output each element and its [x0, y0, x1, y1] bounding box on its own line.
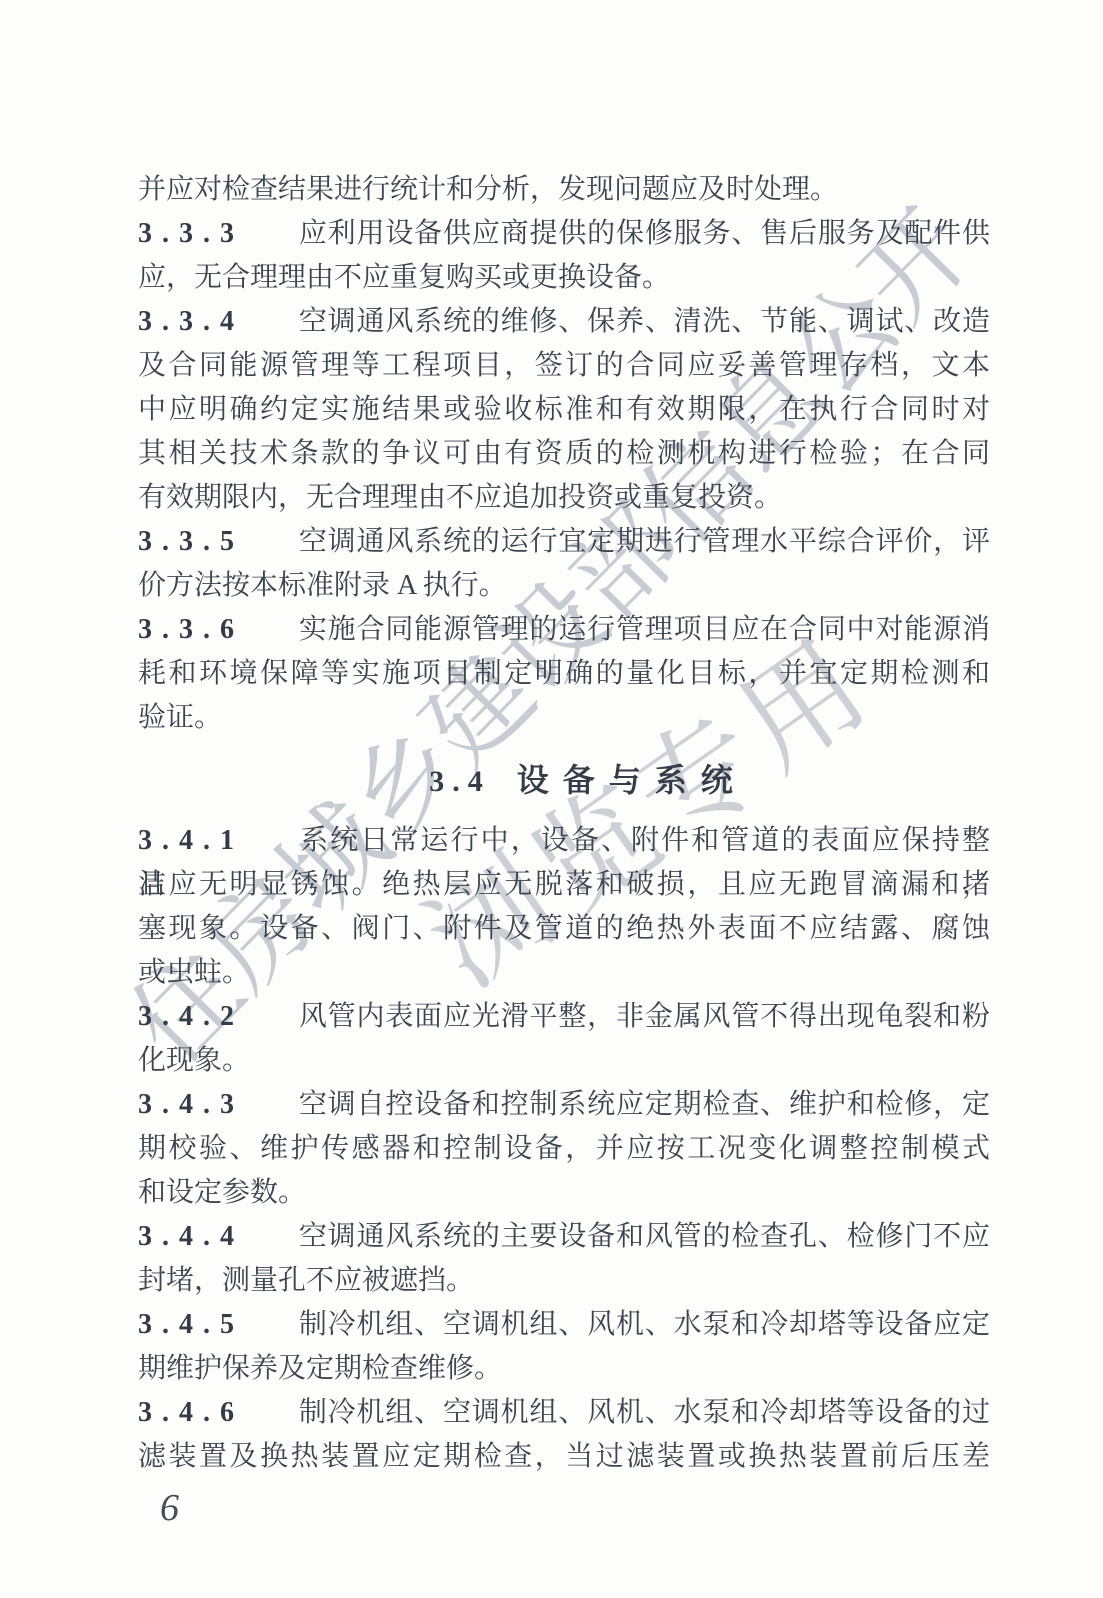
line-text: 期维护保养及定期检查维修。	[138, 1353, 502, 1384]
text-line: 化现象。	[138, 1039, 990, 1083]
line-text: 空调通风系统的主要设备和风管的检查孔、检修门不应	[298, 1221, 990, 1252]
line-text: 有效期限内，无合理理由不应追加投资或重复投资。	[138, 482, 782, 513]
page-content: 并应对检查结果进行统计和分析，发现问题应及时处理。 3.3.3应利用设备供应商提…	[138, 168, 990, 1479]
line-text: 其相关技术条款的争议可由有资质的检测机构进行检验；在合同	[138, 438, 990, 469]
line-text: 制冷机组、空调机组、风机、水泵和冷却塔等设备应定	[298, 1309, 990, 1340]
line-text: 耗和环境保障等实施项目制定明确的量化目标，并宜定期检测和	[138, 658, 990, 689]
line-text: 化现象。	[138, 1045, 250, 1076]
line-text: 塞现象。设备、阀门、附件及管道的绝热外表面不应结露、腐蚀	[138, 913, 990, 944]
section-heading: 3.4设备与系统	[138, 758, 990, 802]
section-title: 设备与系统	[517, 762, 747, 798]
text-line: 和设定参数。	[138, 1171, 990, 1215]
clause-number: 3.4.4	[138, 1221, 244, 1252]
line-text: 应利用设备供应商提供的保修服务、售后服务及配件供	[298, 218, 990, 249]
clause-number: 3.3.6	[138, 614, 244, 645]
text-line: 中应明确约定实施结果或验收标准和有效期限，在执行合同时对	[138, 388, 990, 432]
line-text: 或虫蛀。	[138, 957, 250, 988]
text-line: 3.4.3空调自控设备和控制系统应定期检查、维护和检修，定	[138, 1083, 990, 1127]
line-text: 空调通风系统的运行宜定期进行管理水平综合评价，评	[298, 526, 990, 557]
text-line: 3.4.6制冷机组、空调机组、风机、水泵和冷却塔等设备的过	[138, 1391, 990, 1435]
text-line: 3.3.3应利用设备供应商提供的保修服务、售后服务及配件供	[138, 212, 990, 256]
text-line: 且应无明显锈蚀。绝热层应无脱落和破损，且应无跑冒滴漏和堵	[138, 863, 990, 907]
line-text: 封堵，测量孔不应被遮挡。	[138, 1265, 474, 1296]
text-line: 3.3.5空调通风系统的运行宜定期进行管理水平综合评价，评	[138, 520, 990, 564]
text-line: 3.4.1系统日常运行中，设备、附件和管道的表面应保持整洁，	[138, 819, 990, 863]
line-text: 应，无合理理由不应重复购买或更换设备。	[138, 262, 670, 293]
clause-number: 3.4.1	[138, 825, 244, 856]
text-line: 3.3.4空调通风系统的维修、保养、清洗、节能、调试、改造	[138, 300, 990, 344]
line-text: 价方法按本标准附录 A 执行。	[138, 570, 507, 601]
clause-number: 3.3.4	[138, 306, 244, 337]
line-text: 并应对检查结果进行统计和分析，发现问题应及时处理。	[138, 174, 838, 205]
text-line: 其相关技术条款的争议可由有资质的检测机构进行检验；在合同	[138, 432, 990, 476]
line-text: 验证。	[138, 702, 222, 733]
text-line: 耗和环境保障等实施项目制定明确的量化目标，并宜定期检测和	[138, 652, 990, 696]
clause-number: 3.4.3	[138, 1089, 244, 1120]
line-text: 实施合同能源管理的运行管理项目应在合同中对能源消	[298, 614, 990, 645]
text-line: 3.4.4空调通风系统的主要设备和风管的检查孔、检修门不应	[138, 1215, 990, 1259]
line-text: 期校验、维护传感器和控制设备，并应按工况变化调整控制模式	[138, 1133, 990, 1164]
line-text: 及合同能源管理等工程项目，签订的合同应妥善管理存档，文本	[138, 350, 990, 381]
line-text: 风管内表面应光滑平整，非金属风管不得出现龟裂和粉	[298, 1001, 990, 1032]
page-number: 6	[160, 1486, 179, 1530]
text-line: 期维护保养及定期检查维修。	[138, 1347, 990, 1391]
text-line: 期校验、维护传感器和控制设备，并应按工况变化调整控制模式	[138, 1127, 990, 1171]
text-line: 塞现象。设备、阀门、附件及管道的绝热外表面不应结露、腐蚀	[138, 907, 990, 951]
clause-number: 3.4.5	[138, 1309, 244, 1340]
text-line: 价方法按本标准附录 A 执行。	[138, 564, 990, 608]
clause-number: 3.3.3	[138, 218, 244, 249]
text-line: 验证。	[138, 696, 990, 740]
text-line: 封堵，测量孔不应被遮挡。	[138, 1259, 990, 1303]
text-line: 3.4.2风管内表面应光滑平整，非金属风管不得出现龟裂和粉	[138, 995, 990, 1039]
text-line: 3.4.5制冷机组、空调机组、风机、水泵和冷却塔等设备应定	[138, 1303, 990, 1347]
line-text: 空调自控设备和控制系统应定期检查、维护和检修，定	[298, 1089, 990, 1120]
text-line: 滤装置及换热装置应定期检查，当过滤装置或换热装置前后压差	[138, 1435, 990, 1479]
line-text: 和设定参数。	[138, 1177, 306, 1208]
line-text: 制冷机组、空调机组、风机、水泵和冷却塔等设备的过	[298, 1397, 990, 1428]
text-line: 并应对检查结果进行统计和分析，发现问题应及时处理。	[138, 168, 990, 212]
text-line: 及合同能源管理等工程项目，签订的合同应妥善管理存档，文本	[138, 344, 990, 388]
text-line: 3.3.6实施合同能源管理的运行管理项目应在合同中对能源消	[138, 608, 990, 652]
line-text: 空调通风系统的维修、保养、清洗、节能、调试、改造	[298, 306, 990, 337]
line-text: 中应明确约定实施结果或验收标准和有效期限，在执行合同时对	[138, 394, 990, 425]
clause-number: 3.3.5	[138, 526, 244, 557]
text-line: 应，无合理理由不应重复购买或更换设备。	[138, 256, 990, 300]
section-number: 3.4	[429, 765, 491, 798]
text-line: 或虫蛀。	[138, 951, 990, 995]
text-line: 有效期限内，无合理理由不应追加投资或重复投资。	[138, 476, 990, 520]
line-text: 滤装置及换热装置应定期检查，当过滤装置或换热装置前后压差	[138, 1441, 990, 1472]
clause-number: 3.4.2	[138, 1001, 244, 1032]
clause-number: 3.4.6	[138, 1397, 244, 1428]
line-text: 且应无明显锈蚀。绝热层应无脱落和破损，且应无跑冒滴漏和堵	[138, 869, 990, 900]
document-page: 住房城乡建设部信息公开 浏览专用 并应对检查结果进行统计和分析，发现问题应及时处…	[0, 0, 1103, 1598]
